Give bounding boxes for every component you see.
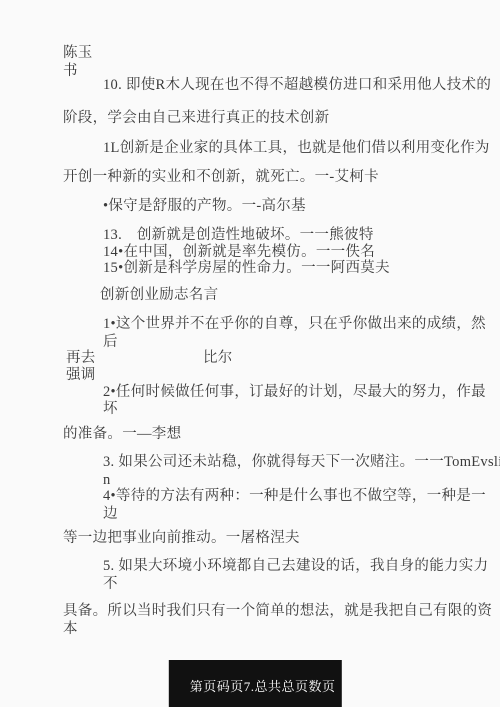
doc-line: 15•创新是科学房屋的性命力。一一阿西莫夫 — [103, 260, 390, 277]
page-number-text: 第页码页7.总共总页数页 — [190, 679, 336, 694]
doc-line: 等一边把事业向前推动。一屠格涅夫 — [63, 530, 300, 547]
doc-line: 阶段，学会由自己来进行真正的技术创新 — [63, 110, 329, 127]
doc-line: •保守是舒服的产物。一-高尔基 — [103, 198, 306, 215]
doc-line: 再去 — [66, 350, 96, 367]
doc-line: 的准备。一—李想 — [63, 426, 181, 443]
doc-line: 3. 如果公司还未站稳，你就得每天下一次赌注。一一TomEvsli — [103, 454, 500, 471]
doc-line: 2•任何时候做任何事，订最好的计划，尽最大的努力，作最 — [103, 384, 486, 401]
doc-line: 本 — [63, 621, 78, 638]
doc-line: 5. 如果大环境小环境都自己去建设的话，我自身的能力实力 — [103, 558, 488, 575]
doc-line: 强调 — [66, 367, 96, 384]
doc-line: 陈玉 — [63, 45, 93, 62]
doc-line: 1•这个世界并不在乎你的自尊，只在乎你做出来的成绩，然 — [103, 316, 486, 333]
doc-line: 不 — [103, 576, 118, 593]
doc-line: 比尔 — [203, 350, 233, 367]
doc-line: n — [103, 472, 111, 489]
doc-line: 14•在中国，创新就是率先模仿。一一佚名 — [103, 244, 375, 261]
doc-line: 后 — [103, 334, 118, 351]
document-page: 陈玉 书 10. 即使R木人现在也不得不超越模仿进口和采用他人技术的 阶段，学会… — [0, 0, 500, 707]
doc-line: 1L创新是企业家的具体工具，也就是他们借以利用变化作为 — [103, 140, 490, 157]
doc-line: 坏 — [103, 401, 118, 418]
doc-line: 开创一种新的实业和不创新，就死亡。一-艾柯卡 — [63, 169, 379, 186]
doc-section-heading: 创新创业励志名言 — [100, 287, 218, 304]
doc-line: 书 — [63, 63, 78, 80]
doc-line: 4•等待的方法有两种：一种是什么事也不做空等，一种是一 — [103, 488, 486, 505]
doc-line: 10. 即使R木人现在也不得不超越模仿进口和采用他人技术的 — [103, 77, 491, 94]
doc-line: 边 — [103, 506, 118, 523]
page-number-footer: 第页码页7.总共总页数页 — [169, 660, 342, 707]
doc-line: 13. 创新就是创造性地破坏。一一熊彼特 — [103, 227, 374, 244]
doc-line: 具备。所以当时我们只有一个简单的想法，就是我把自己有限的资 — [63, 603, 492, 620]
